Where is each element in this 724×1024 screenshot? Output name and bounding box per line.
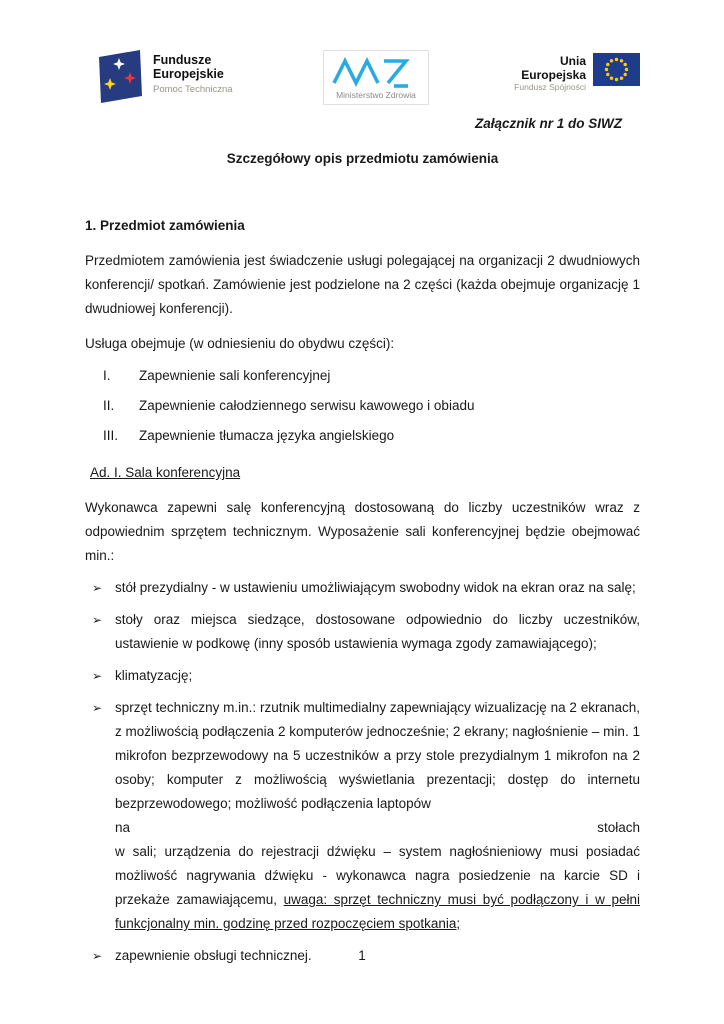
list-item: ➢ stoły oraz miejsca siedzące, dostosowa… — [85, 608, 640, 656]
mz-monogram-icon — [328, 51, 424, 92]
intro-paragraph-2: Usługa obejmuje (w odniesieniu do obydwu… — [85, 332, 640, 356]
bullet-text: klimatyzację; — [115, 664, 640, 688]
justified-gap-line: nastołach — [115, 816, 640, 840]
sala-paragraph: Wykonawca zapewni salę konferencyjną dos… — [85, 496, 640, 568]
funding-logos-header: Fundusze Europejskie Pomoc Techniczna Mi… — [85, 48, 640, 106]
bullet-text-segment: sprzęt techniczny m.in.: rzutnik multime… — [115, 700, 640, 811]
section-heading: 1. Przedmiot zamówienia — [85, 214, 640, 238]
gap-line-left: na — [115, 816, 130, 840]
document-page: Fundusze Europejskie Pomoc Techniczna Mi… — [0, 0, 724, 1024]
fe-logo-line1: Fundusze — [153, 54, 233, 68]
page-number: 1 — [0, 948, 724, 963]
bullet-arrow-icon: ➢ — [85, 664, 115, 688]
mz-logo-caption: Ministerstwo Zdrowia — [336, 90, 416, 100]
list-item: ➢ klimatyzację; — [85, 664, 640, 688]
ue-logo-line1: Unia Europejska — [497, 55, 586, 83]
fundusze-europejskie-logo: Fundusze Europejskie Pomoc Techniczna — [95, 48, 233, 107]
bullet-arrow-icon: ➢ — [85, 576, 115, 600]
roman-list: I. Zapewnienie sali konferencyjnej II. Z… — [85, 364, 640, 448]
bullet-text: stoły oraz miejsca siedzące, dostosowane… — [115, 608, 640, 656]
list-item-text: Zapewnienie całodziennego serwisu kawowe… — [139, 394, 474, 418]
list-item: III. Zapewnienie tłumacza języka angiels… — [85, 424, 640, 448]
fe-flag-icon — [95, 48, 145, 107]
list-item-text: Zapewnienie tłumacza języka angielskiego — [139, 424, 394, 448]
intro-paragraph-1: Przedmiotem zamówienia jest świadczenie … — [85, 249, 640, 321]
list-item-numeral: I. — [85, 364, 139, 388]
eu-flag-icon — [593, 53, 640, 89]
ue-logo-text: Unia Europejska Fundusz Spójności — [497, 53, 586, 92]
list-item: I. Zapewnienie sali konferencyjnej — [85, 364, 640, 388]
bullet-arrow-icon: ➢ — [85, 696, 115, 936]
fe-logo-line2: Europejskie — [153, 68, 233, 82]
list-item: II. Zapewnienie całodziennego serwisu ka… — [85, 394, 640, 418]
list-item-text: Zapewnienie sali konferencyjnej — [139, 364, 330, 388]
list-item-numeral: II. — [85, 394, 139, 418]
fe-logo-subtitle: Pomoc Techniczna — [153, 85, 233, 95]
ministerstwo-zdrowia-logo: Ministerstwo Zdrowia — [323, 50, 429, 105]
bullet-list: ➢ stół prezydialny - w ustawieniu umożli… — [85, 576, 640, 968]
attachment-label: Załącznik nr 1 do SIWZ — [85, 116, 622, 131]
bullet-arrow-icon: ➢ — [85, 608, 115, 656]
unia-europejska-logo: Unia Europejska Fundusz Spójności — [497, 53, 640, 92]
list-item: ➢ stół prezydialny - w ustawieniu umożli… — [85, 576, 640, 600]
bullet-text: sprzęt techniczny m.in.: rzutnik multime… — [115, 696, 640, 936]
subsection-heading: Ad. I. Sala konferencyjna — [90, 461, 640, 485]
gap-line-right: stołach — [597, 816, 640, 840]
bullet-text: stół prezydialny - w ustawieniu umożliwi… — [115, 576, 640, 600]
list-item: ➢ sprzęt techniczny m.in.: rzutnik multi… — [85, 696, 640, 936]
list-item-numeral: III. — [85, 424, 139, 448]
ue-logo-subtitle: Fundusz Spójności — [497, 83, 586, 93]
fe-logo-text: Fundusze Europejskie Pomoc Techniczna — [153, 48, 233, 95]
page-title: Szczegółowy opis przedmiotu zamówienia — [85, 147, 640, 171]
